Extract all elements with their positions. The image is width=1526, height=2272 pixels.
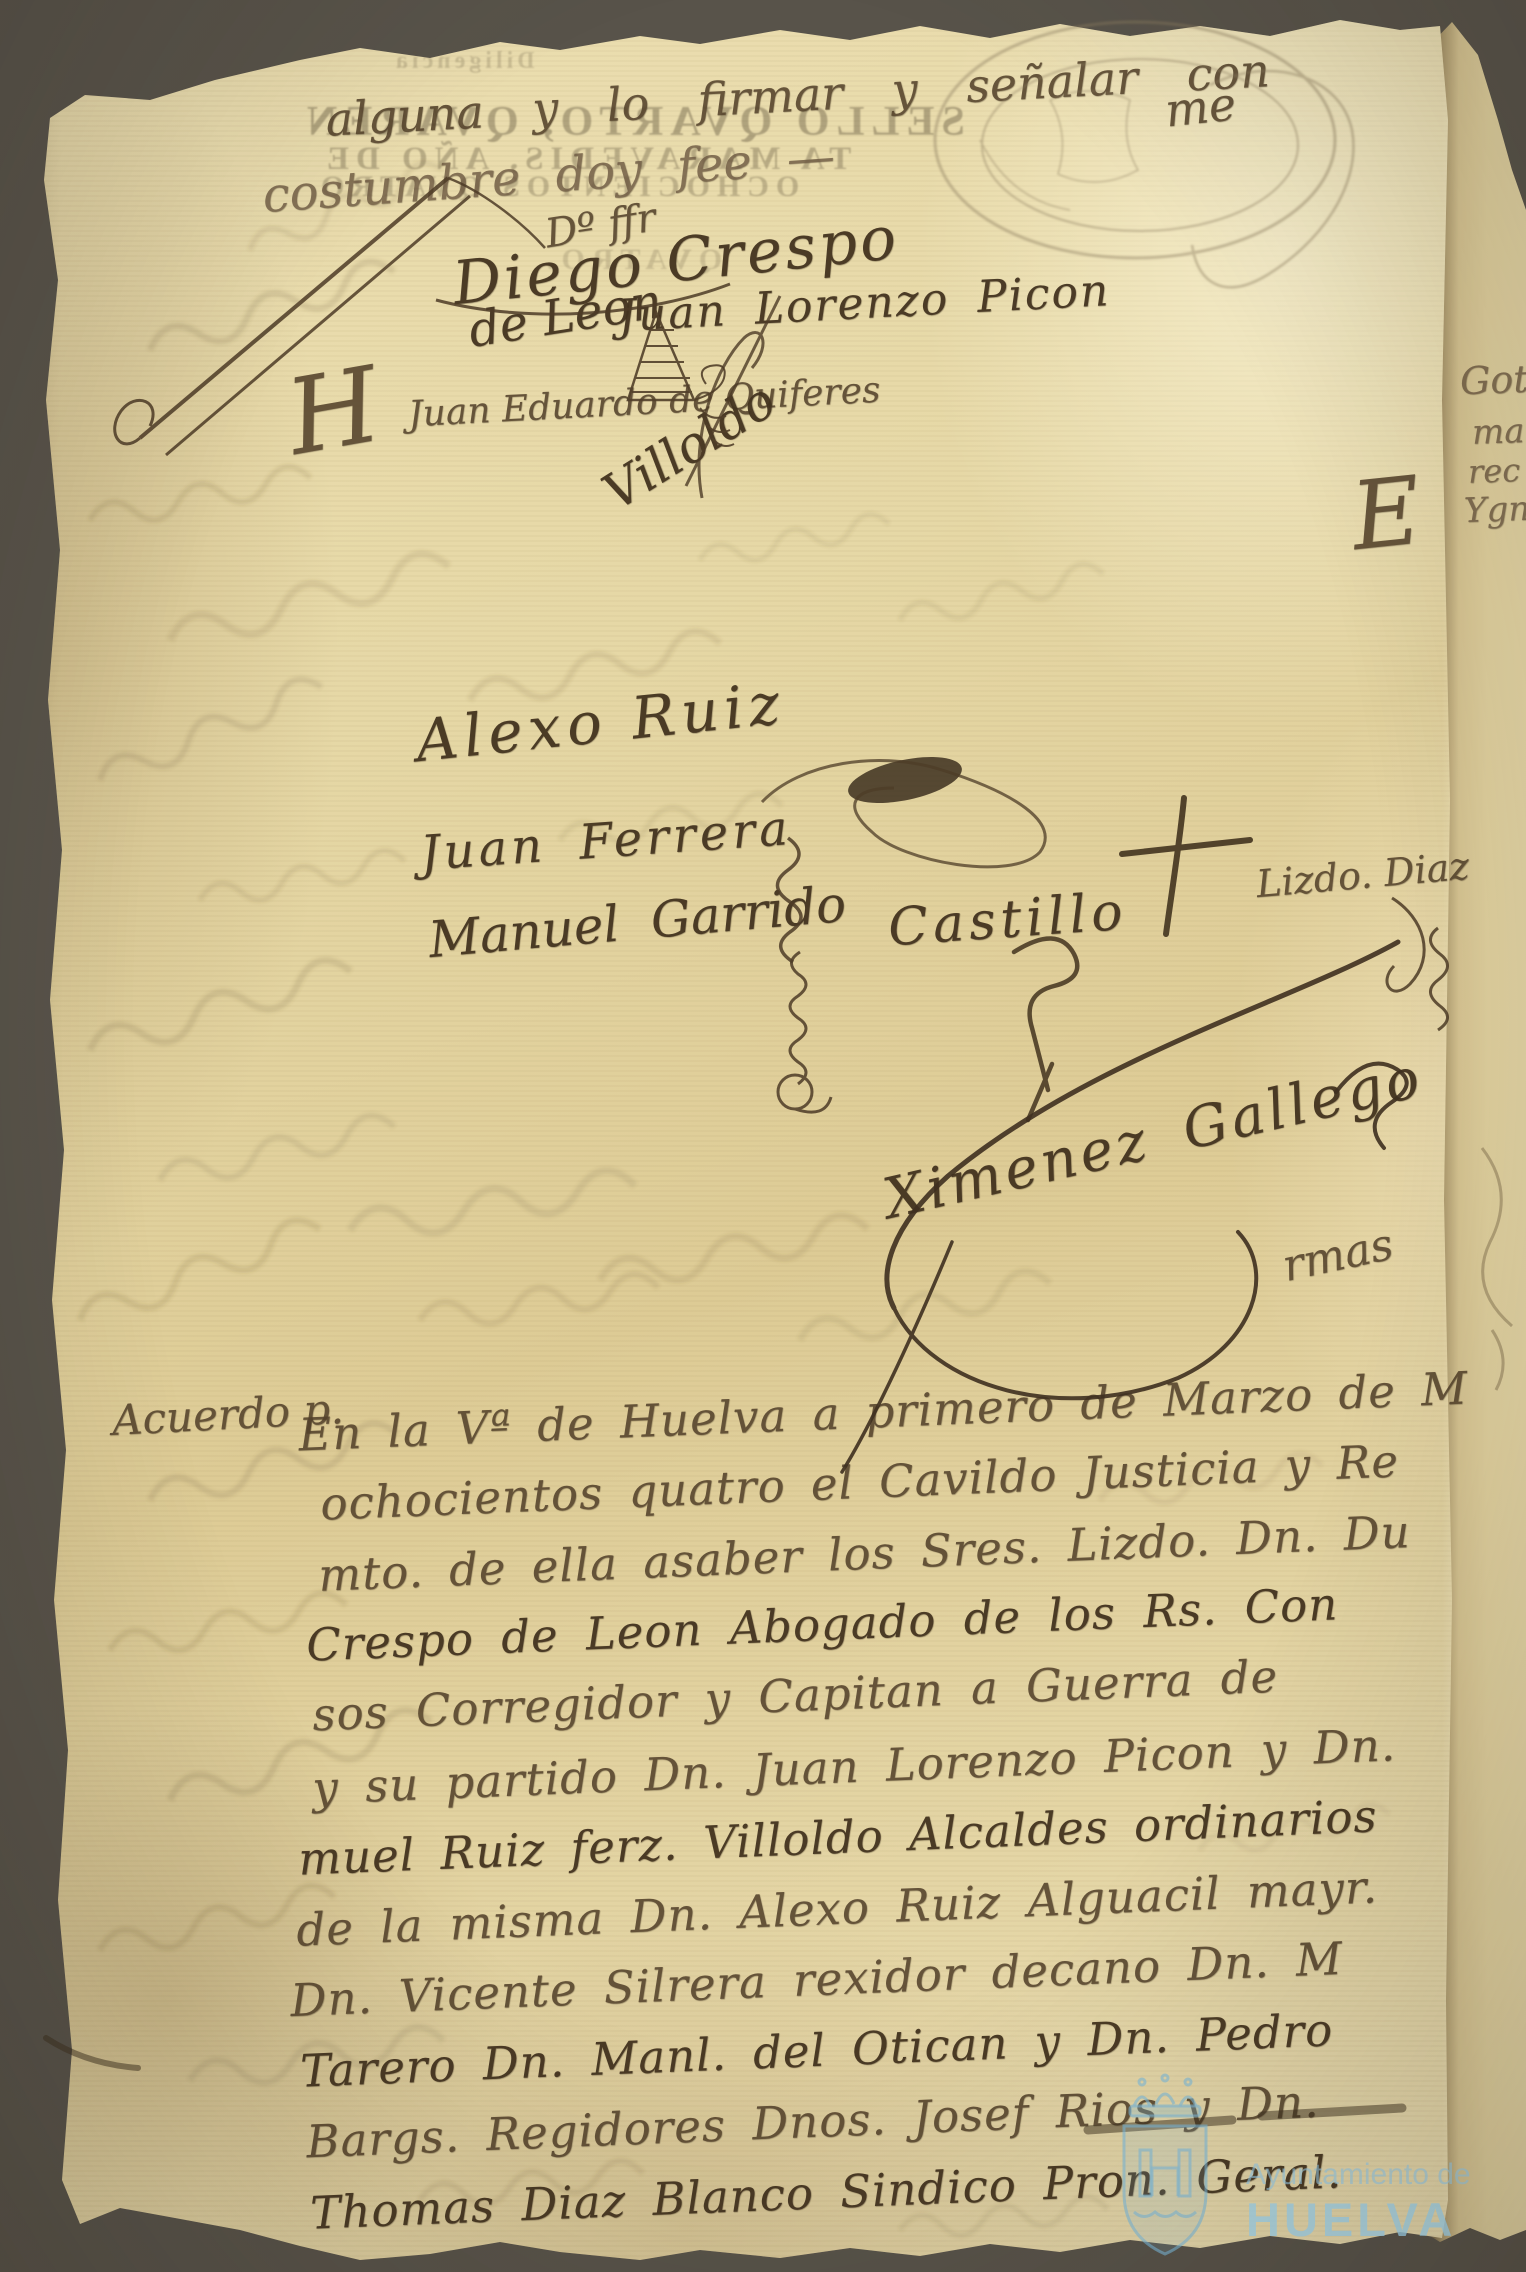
bleedthrough-print-small: Diligencia: [392, 48, 535, 75]
watermark-text-huelva: HUELVA: [1246, 2192, 1456, 2247]
watermark-text-line1: Ayuntamiento de: [1246, 2158, 1471, 2192]
manuscript-scan: Diligencia SELLO QVARTO, QVAREN TA MARAV…: [0, 0, 1526, 2272]
edge-letter-fragment: E: [1346, 457, 1426, 573]
facing-fragment-1: Got: [1459, 357, 1526, 403]
facing-fragment-4: Ygn: [1463, 489, 1526, 531]
facing-fragment-2: ma: [1471, 411, 1525, 453]
facing-fragment-3: rec: [1467, 451, 1520, 491]
top-annotation-tail: me: [1162, 76, 1238, 137]
